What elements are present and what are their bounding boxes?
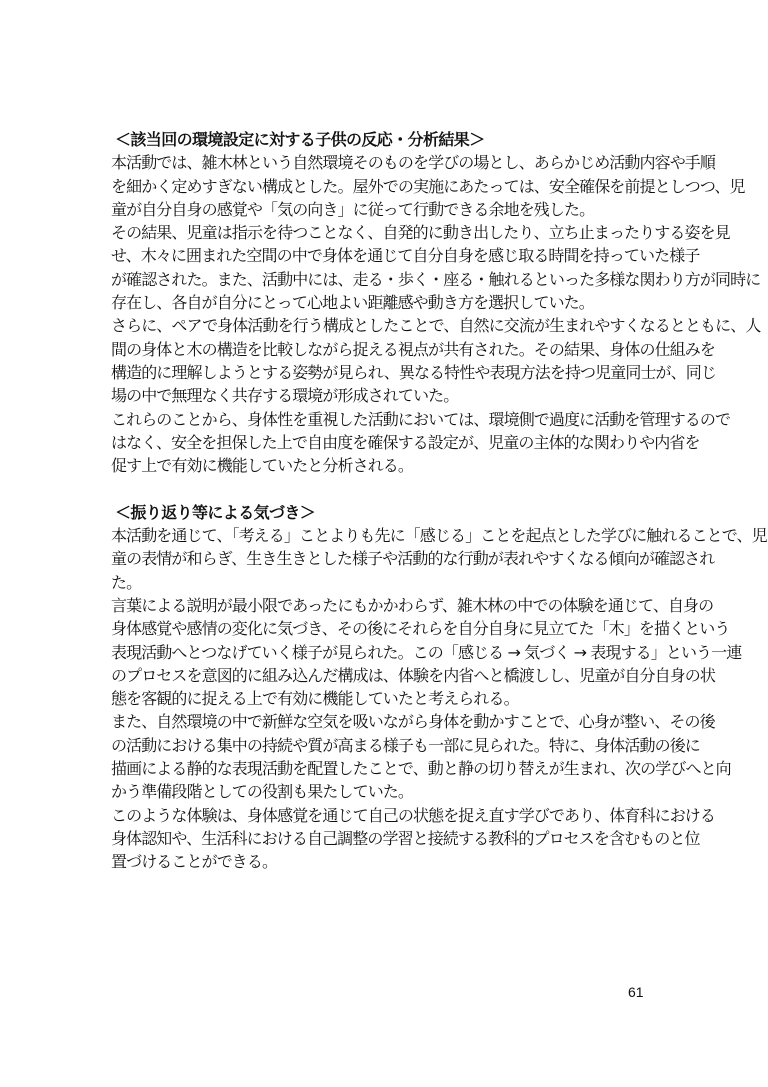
text-line: さらに、ペアで身体活動を行う構成としたことで、自然に交流が生まれやすくなるととも…	[111, 314, 671, 337]
text-line: 場の中で無理なく共存する環境が形成されていた。	[111, 384, 671, 407]
text-line: また、自然環境の中で新鮮な空気を吸いながら身体を動かすことで、心身が整い、その後	[111, 710, 671, 733]
text-line: せ、木々に囲まれた空間の中で身体を通じて自分自身を感じ取る時間を持っていた様子	[111, 244, 671, 267]
text-line: 身体認知や、生活科における自己調整の学習と接続する教科的プロセスを含むものと位	[111, 827, 671, 850]
section-body-reflection: 本活動を通じて、「考える」ことよりも先に「感じる」ことを起点とした学びに触れるこ…	[111, 524, 671, 873]
text-line: 本活動を通じて、「考える」ことよりも先に「感じる」ことを起点とした学びに触れるこ…	[111, 524, 671, 547]
text-line: 間の身体と木の構造を比較しながら捉える視点が共有された。その結果、身体の仕組みを	[111, 338, 671, 361]
text-line: た。	[111, 571, 671, 594]
text-line: 身体感覚や感情の変化に気づき、その後にそれらを自分自身に見立てた「木」を描くとい…	[111, 617, 671, 640]
text-line: 促す上で有効に機能していたと分析される。	[111, 454, 671, 477]
text-line: その結果、児童は指示を待つことなく、自発的に動き出したり、立ち止まったりする姿を…	[111, 221, 671, 244]
text-line: 描画による静的な表現活動を配置したことで、動と静の切り替えが生まれ、次の学びへと…	[111, 757, 671, 780]
text-line: はなく、安全を担保した上で自由度を確保する設定が、児童の主体的な関わりや内省を	[111, 431, 671, 454]
text-line: を細かく定めすぎない構成とした。屋外での実施にあたっては、安全確保を前提としつつ…	[111, 175, 671, 198]
text-line: 表現活動へとつなげていく様子が見られた。この「感じる → 気づく → 表現する」…	[111, 641, 671, 664]
text-line: 置づけることができる。	[111, 850, 671, 873]
text-line: が確認された。また、活動中には、走る・歩く・座る・触れるといった多様な関わり方が…	[111, 268, 671, 291]
page-number: 61	[628, 984, 644, 1000]
text-line: 存在し、各自が自分にとって心地よい距離感や動き方を選択していた。	[111, 291, 671, 314]
text-line: 童の表情が和らぎ、生き生きとした様子や活動的な行動が表れやすくなる傾向が確認され	[111, 547, 671, 570]
text-line: このような体験は、身体感覚を通じて自己の状態を捉え直す学びであり、体育科における	[111, 804, 671, 827]
text-line: かう準備段階としての役割も果たしていた。	[111, 780, 671, 803]
text-line: 構造的に理解しようとする姿勢が見られ、異なる特性や表現方法を持つ児童同士が、同じ	[111, 361, 671, 384]
section-heading-analysis: ＜該当回の環境設定に対する子供の反応・分析結果＞	[111, 128, 671, 151]
text-line: のプロセスを意図的に組み込んだ構成は、体験を内省へと橋渡しし、児童が自分自身の状	[111, 664, 671, 687]
text-line: 言葉による説明が最小限であったにもかかわらず、雑木林の中での体験を通じて、自身の	[111, 594, 671, 617]
text-line: 態を客観的に捉える上で有効に機能していたと考えられる。	[111, 687, 671, 710]
section-body-analysis: 本活動では、雑木林という自然環境そのものを学びの場とし、あらかじめ活動内容や手順…	[111, 151, 671, 477]
text-line: これらのことから、身体性を重視した活動においては、環境側で過度に活動を管理するの…	[111, 408, 671, 431]
section-heading-reflection: ＜振り返り等による気づき＞	[111, 501, 671, 524]
document-page: ＜該当回の環境設定に対する子供の反応・分析結果＞ 本活動では、雑木林という自然環…	[111, 128, 671, 874]
text-line: の活動における集中の持続や質が高まる様子も一部に見られた。特に、身体活動の後に	[111, 734, 671, 757]
text-line: 本活動では、雑木林という自然環境そのものを学びの場とし、あらかじめ活動内容や手順	[111, 151, 671, 174]
text-line: 童が自分自身の感覚や「気の向き」に従って行動できる余地を残した。	[111, 198, 671, 221]
section-spacer	[111, 477, 671, 500]
